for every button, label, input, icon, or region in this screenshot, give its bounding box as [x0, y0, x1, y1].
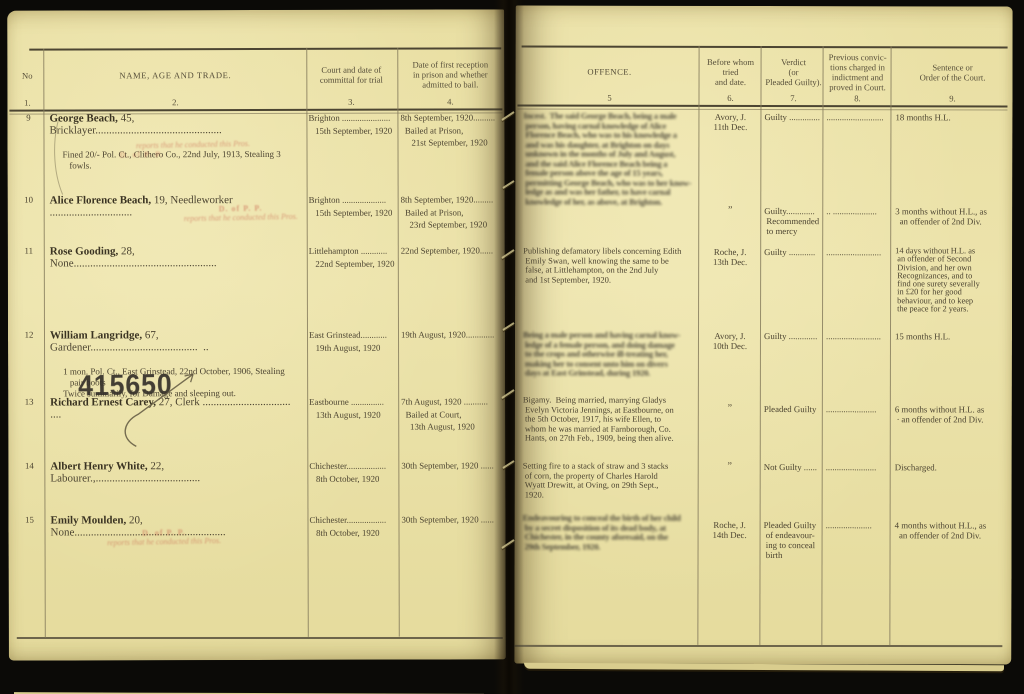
row-previous-convictions: .. ....................	[826, 206, 889, 216]
row-verdict: Guilty ............	[764, 247, 823, 257]
table-row: Endeavouring to conceal the birth of her…	[515, 513, 1012, 514]
row-before-whom: Avory, J. 11th Dec.	[699, 112, 761, 132]
page-stack-edge	[524, 663, 1004, 672]
column-header-previous-convictions: Previous convic- tions charged in indict…	[826, 50, 890, 94]
row-previous-convictions: .........................	[826, 331, 889, 341]
column-header-before-whom: Before whom tried and date.	[700, 52, 762, 92]
column-header-verdict: Verdict (or Pleaded Guilty).	[764, 52, 824, 92]
column-number-7: 7.	[763, 93, 823, 103]
register-left-page: No NAME, AGE AND TRADE. Court and date o…	[7, 9, 506, 660]
row-before-whom: Avory, J. 10th Dec.	[699, 331, 761, 351]
row-previous-convictions: ..........................	[826, 112, 889, 122]
pen-arrow-annotation	[7, 9, 506, 660]
row-sentence: Discharged.	[895, 462, 1011, 472]
row-verdict: Guilty ..............	[764, 112, 823, 122]
row-offence: Bigamy. Being married, marrying Gladys E…	[523, 395, 695, 443]
book-binding-gutter	[494, 0, 524, 694]
column-number-9: 9.	[893, 93, 1011, 103]
table-row: Publishing defamatory libels concerning …	[515, 246, 1012, 247]
row-sentence: 18 months H.L.	[895, 112, 1011, 122]
right-header-rule	[517, 104, 1007, 107]
right-bottom-rule	[514, 645, 1002, 647]
row-verdict: Guilty .............	[764, 331, 823, 341]
column-header-offence: OFFENCE.	[524, 51, 696, 91]
table-row: Being a male person and having carnal kn…	[515, 330, 1012, 331]
table-row: Incest. The said George Beach, being a m…	[515, 111, 1012, 112]
row-previous-convictions: .......................	[826, 462, 889, 472]
register-right-page: OFFENCE. Before whom tried and date. Ver…	[514, 5, 1012, 664]
right-col-line-4	[889, 46, 891, 645]
row-previous-convictions: .....................	[826, 520, 889, 530]
row-before-whom: ”	[699, 206, 761, 216]
row-before-whom: Roche, J. 13th Dec.	[699, 247, 761, 267]
row-verdict: Pleaded Guilty	[764, 404, 823, 414]
table-row: Bigamy. Being married, marrying Gladys E…	[515, 395, 1012, 396]
row-sentence: 4 months without H.L., as an offender of…	[895, 520, 1011, 540]
row-offence: Publishing defamatory libels concerning …	[523, 246, 695, 284]
row-sentence: 3 months without H.L., as an offender of…	[895, 206, 1011, 226]
photographed-register-spread: No NAME, AGE AND TRADE. Court and date o…	[0, 0, 1024, 694]
table-row: Setting fire to a stack of straw and 3 s…	[515, 461, 1012, 462]
row-previous-convictions: .........................	[826, 247, 889, 257]
column-number-6: 6.	[699, 93, 761, 103]
row-offence-blurred: Endeavouring to conceal the birth of her…	[523, 513, 695, 551]
column-number-8: 8.	[825, 93, 889, 103]
row-verdict: Not Guilty ......	[764, 462, 823, 472]
row-offence-blurred: Being a male person and having carnal kn…	[523, 330, 695, 378]
row-before-whom: ”	[699, 462, 761, 472]
row-sentence: 14 days without H.L. as an offender of S…	[895, 247, 1011, 314]
column-number-5: 5	[523, 92, 695, 102]
row-sentence: 6 months without H.L. as ∙ an offender o…	[895, 404, 1011, 424]
row-offence-blurred: Incest. The said George Beach, being a m…	[523, 111, 695, 206]
right-top-rule	[522, 45, 1008, 48]
row-before-whom: Roche, J. 14th Dec.	[699, 520, 761, 540]
column-header-sentence: Sentence or Order of the Court.	[894, 52, 1012, 92]
pen-brace-annotation	[55, 117, 63, 195]
row-verdict: Pleaded Guilty of endeavour- ing to conc…	[764, 520, 823, 560]
binding-stitches	[494, 0, 524, 694]
row-before-whom: ”	[699, 404, 761, 414]
row-sentence: 15 months H.L.	[895, 331, 1011, 341]
row-previous-convictions: .......................	[826, 404, 889, 414]
row-verdict: Guilty............. Recommended to mercy	[764, 206, 823, 236]
row-offence: Setting fire to a stack of straw and 3 s…	[523, 461, 695, 499]
